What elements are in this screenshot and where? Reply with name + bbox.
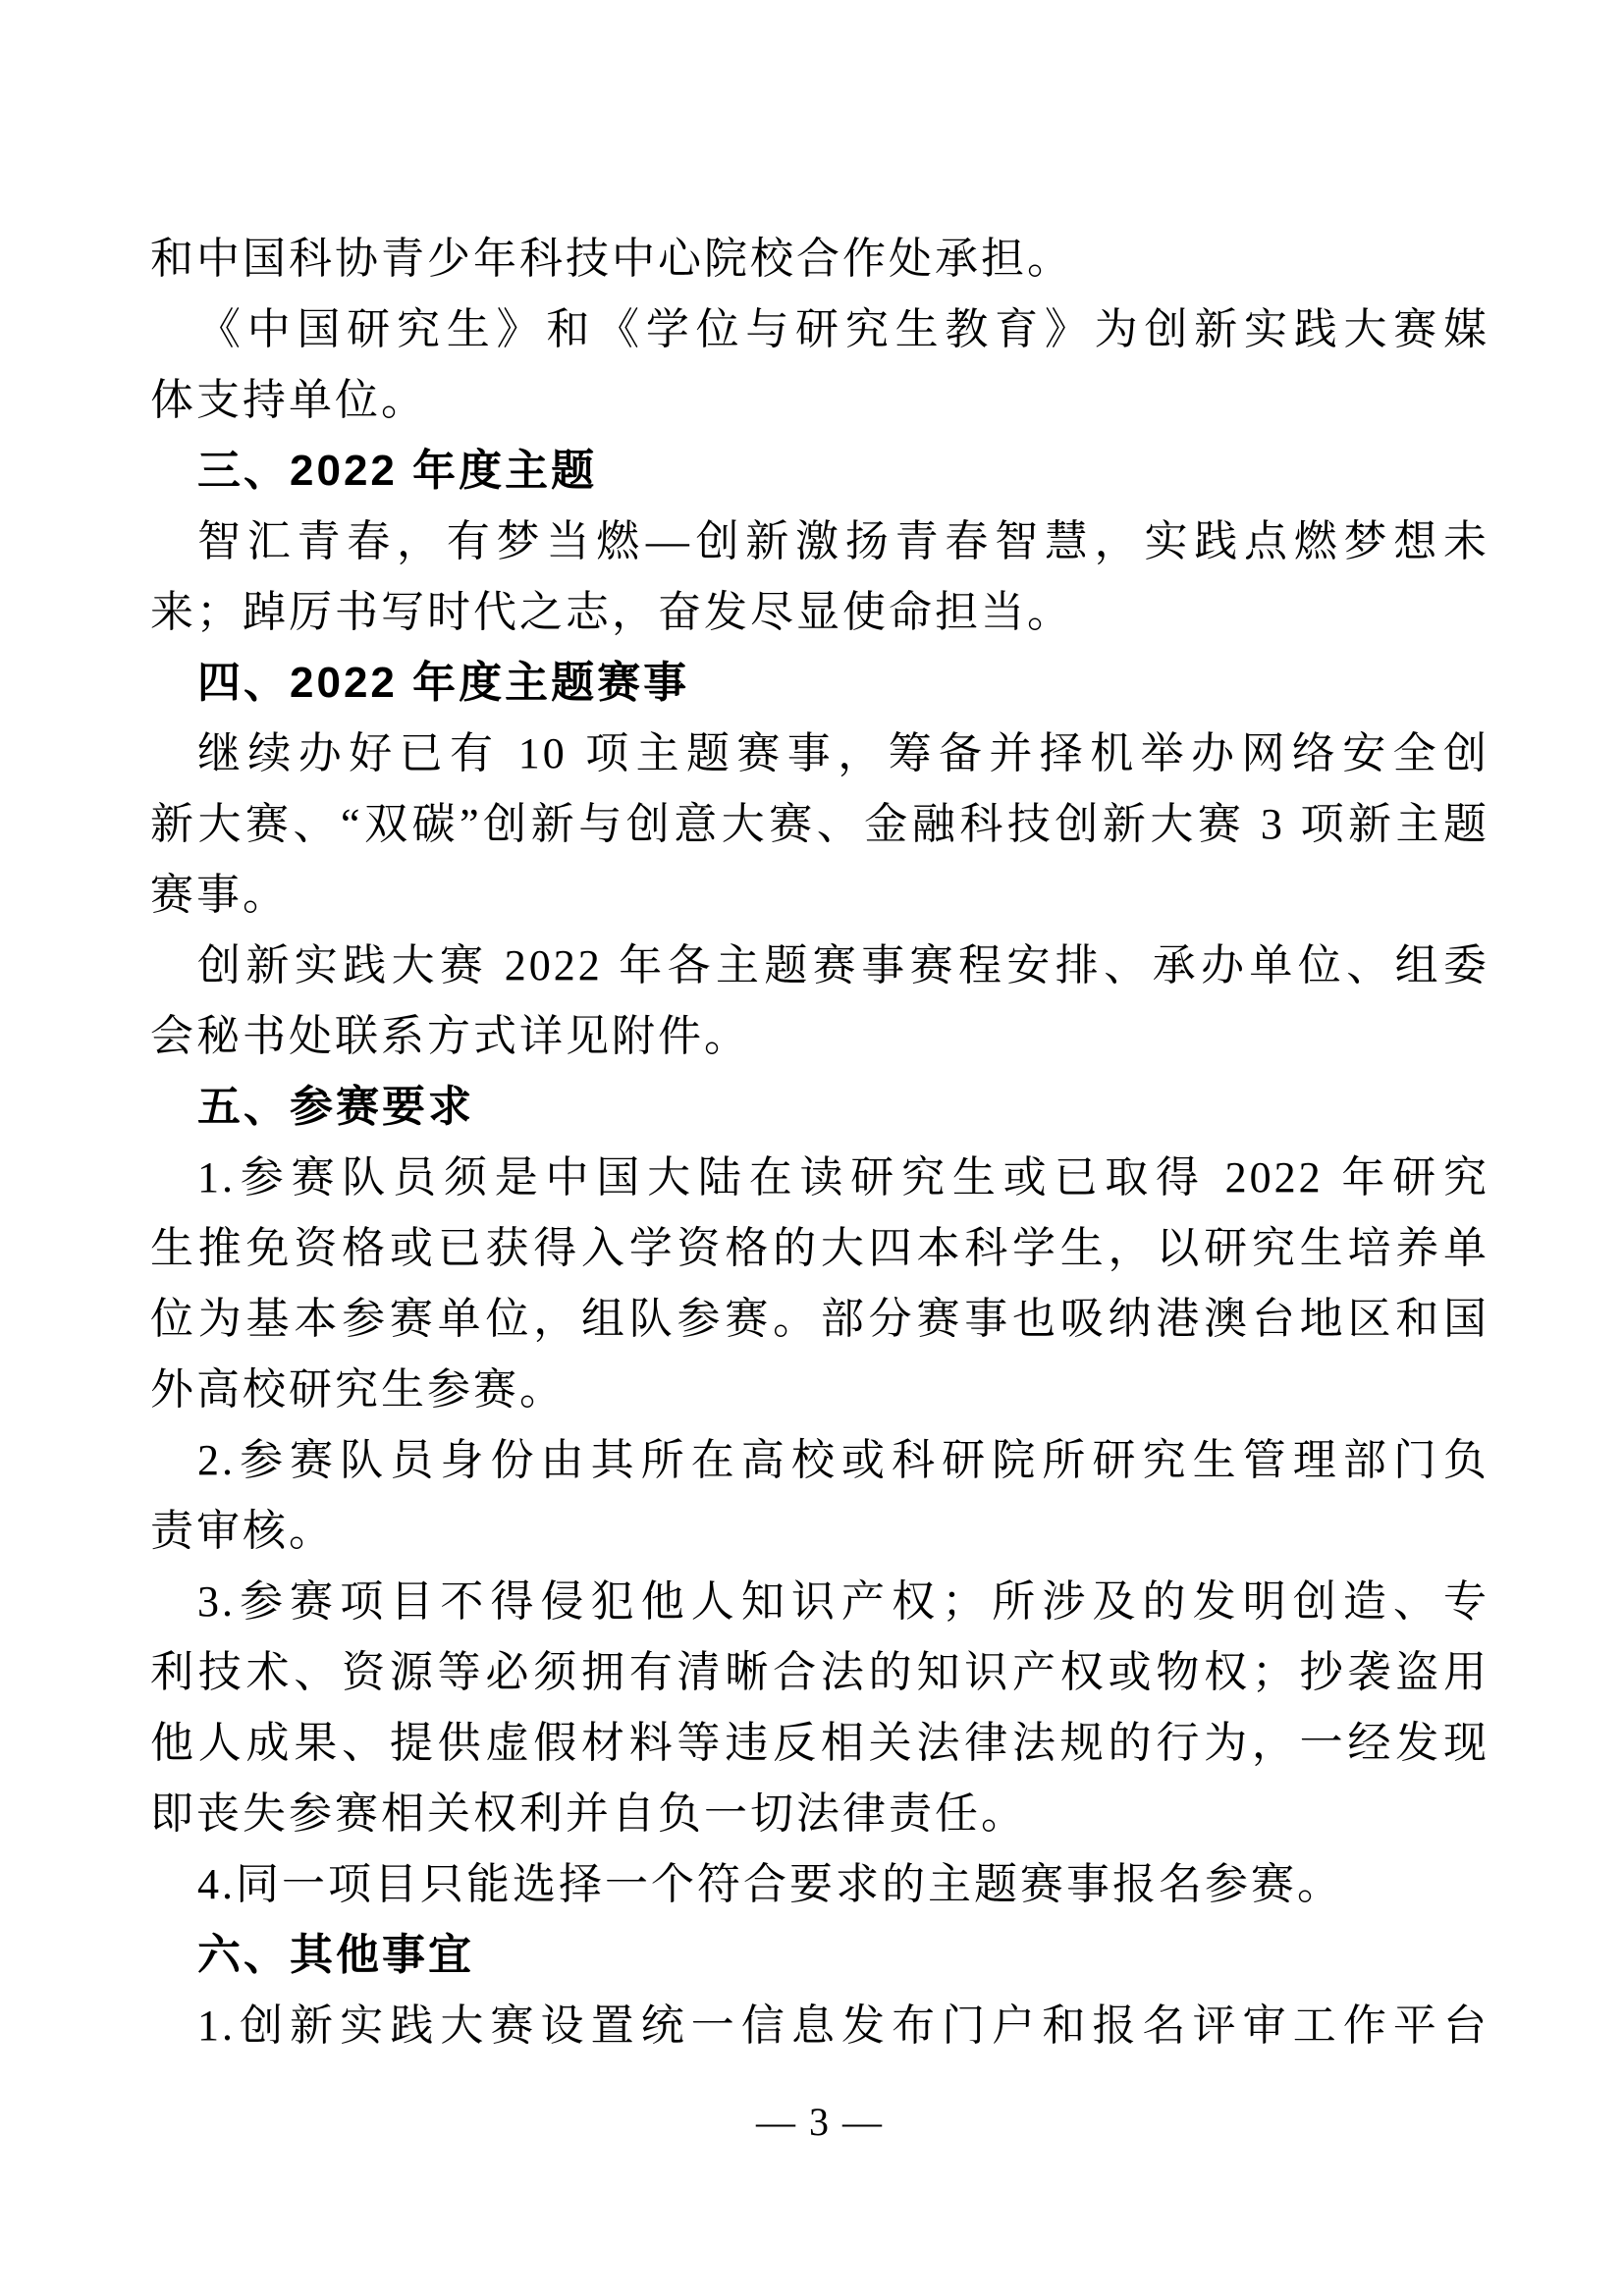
text-line: 创新实践大赛 2022 年各主题赛事赛程安排、承办单位、组委 <box>150 931 1489 1001</box>
text-line: 3.参赛项目不得侵犯他人知识产权；所涉及的发明创造、专 <box>150 1567 1489 1637</box>
text-line: 1.创新实践大赛设置统一信息发布门户和报名评审工作平台 <box>150 1991 1489 2061</box>
document-body: 和中国科协青少年科技中心院校合作处承担。《中国研究生》和《学位与研究生教育》为创… <box>150 224 1489 2061</box>
text-line: 外高校研究生参赛。 <box>150 1355 1489 1425</box>
text-line: 4.同一项目只能选择一个符合要求的主题赛事报名参赛。 <box>150 1849 1489 1920</box>
text-line: 智汇青春，有梦当燃—创新激扬青春智慧，实践点燃梦想未 <box>150 507 1489 577</box>
document-page: 和中国科协青少年科技中心院校合作处承担。《中国研究生》和《学位与研究生教育》为创… <box>0 0 1624 2296</box>
text-line: 体支持单位。 <box>150 365 1489 436</box>
text-line: 和中国科协青少年科技中心院校合作处承担。 <box>150 224 1489 294</box>
page-number: — 3 — <box>150 2095 1489 2150</box>
text-line: 继续办好已有 10 项主题赛事，筹备并择机举办网络安全创 <box>150 719 1489 789</box>
text-line: 位为基本参赛单位，组队参赛。部分赛事也吸纳港澳台地区和国 <box>150 1284 1489 1355</box>
text-line: 2.参赛队员身份由其所在高校或科研院所研究生管理部门负 <box>150 1425 1489 1496</box>
text-line: 来；踔厉书写时代之志，奋发尽显使命担当。 <box>150 577 1489 648</box>
section-heading: 五、参赛要求 <box>150 1072 1489 1143</box>
text-line: 《中国研究生》和《学位与研究生教育》为创新实践大赛媒 <box>150 294 1489 365</box>
text-line: 即丧失参赛相关权利并自负一切法律责任。 <box>150 1779 1489 1849</box>
section-heading: 三、2022 年度主题 <box>150 436 1489 507</box>
text-line: 赛事。 <box>150 860 1489 931</box>
text-line: 新大赛、“双碳”创新与创意大赛、金融科技创新大赛 3 项新主题 <box>150 789 1489 860</box>
section-heading: 四、2022 年度主题赛事 <box>150 648 1489 719</box>
text-line: 责审核。 <box>150 1496 1489 1567</box>
text-line: 他人成果、提供虚假材料等违反相关法律法规的行为，一经发现 <box>150 1708 1489 1779</box>
text-line: 1.参赛队员须是中国大陆在读研究生或已取得 2022 年研究 <box>150 1143 1489 1213</box>
text-line: 生推免资格或已获得入学资格的大四本科学生，以研究生培养单 <box>150 1213 1489 1284</box>
text-line: 会秘书处联系方式详见附件。 <box>150 1001 1489 1072</box>
section-heading: 六、其他事宜 <box>150 1920 1489 1991</box>
text-line: 利技术、资源等必须拥有清晰合法的知识产权或物权；抄袭盗用 <box>150 1637 1489 1708</box>
